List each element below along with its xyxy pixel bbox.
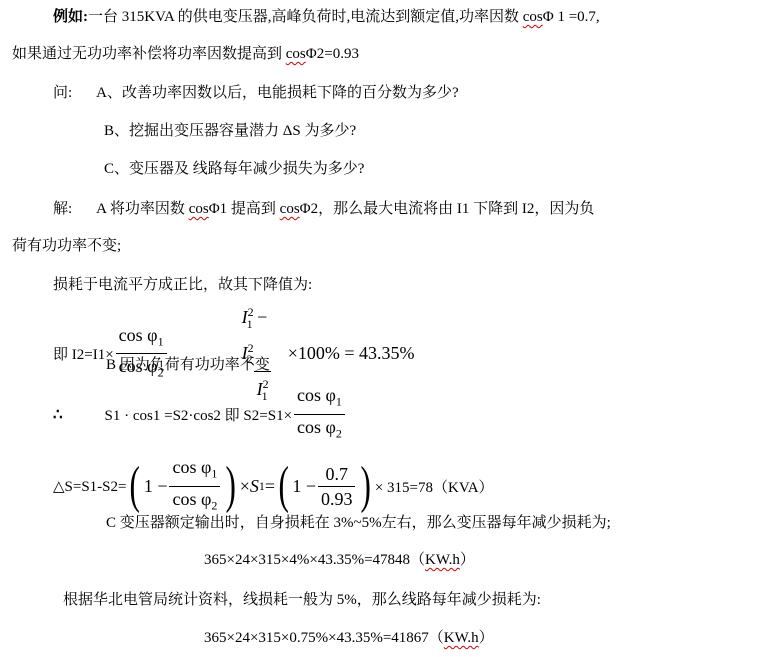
solution-b-line: B 因为负荷有功功率不变: [106, 355, 270, 375]
solution-c-line: C 变压器额定输出时，自身损耗在 3%~5%左右，那么变压器每年减少损耗为;: [106, 513, 611, 533]
solution-a-line-2: 荷有功功率不变;: [12, 236, 121, 256]
problem-line-2: 如果通过无功功率补偿将功率因数提高到 cosΦ2=0.93: [12, 44, 359, 64]
example-label: 例如:: [53, 9, 88, 25]
therefore-symbol: ∴: [53, 405, 63, 424]
fraction-cos-ratio-2: cos φ1 cos φ2: [294, 383, 345, 445]
ask-label: 问:: [53, 85, 72, 101]
line-loss-calc: 365×24×315×0.75%×43.35%=41867（KW.h）: [204, 628, 494, 648]
problem-line-1: 例如:一台 315KVA 的供电变压器,高峰负荷时,电流达到额定值,功率因数 c…: [53, 7, 600, 27]
delta-s-result: × 315=78（KVA）: [375, 476, 494, 497]
transformer-loss-calc: 365×24×315×4%×43.35%=47848（KW.h）: [204, 550, 475, 570]
solution-a-line-1: 解:A 将功率因数 cosΦ1 提高到 cosΦ2，那么最大电流将由 I1 下降…: [53, 199, 594, 219]
equation-apparent-power: ∴ S1 · cos1 =S2·cos2 即 S2=S1× cos φ1 cos…: [53, 383, 347, 445]
solution-label: 解:: [53, 201, 72, 217]
percent-result: ×100% = 43.35%: [288, 343, 415, 364]
loss-proportional-line: 损耗于电流平方成正比，故其下降值为:: [53, 275, 312, 295]
equation-delta-s: △S=S1-S2= ( 1 − cos φ1 cos φ2 ) ×S1 = ( …: [53, 455, 494, 517]
north-china-line: 根据华北电管局统计资料，线损耗一般为 5%，那么线路每年减少损耗为:: [63, 590, 541, 610]
spellcheck-cos: cos: [286, 46, 306, 62]
fraction-cos-ratio: cos φ1 cos φ2: [116, 323, 167, 385]
spellcheck-cos: cos: [523, 9, 543, 25]
question-a: 问:A、改善功率因数以后，电能损耗下降的百分数为多少?: [53, 83, 459, 103]
question-c: C、变压器及 线路每年减少损失为多少?: [104, 159, 364, 179]
question-b: B、挖掘出变压器容量潜力 ΔS 为多少?: [104, 121, 356, 141]
